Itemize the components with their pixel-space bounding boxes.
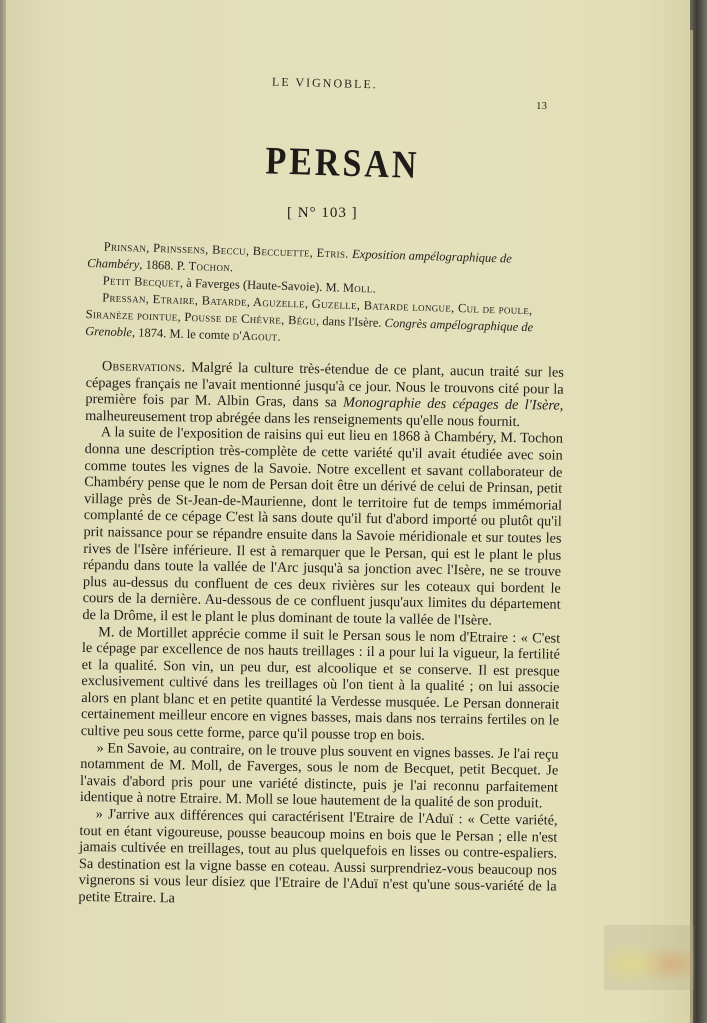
paragraph: M. de Mortillet apprécie comme il suit l…	[81, 623, 561, 746]
page-stack-edge	[690, 0, 707, 1023]
synonyms-block: Prinsan, Prinssens, Beccu, Beccuette, Et…	[85, 238, 566, 354]
synonym-location: , dans l'Isère.	[316, 314, 385, 330]
paragraph: » J'arrive aux différences qui caractéri…	[78, 806, 557, 912]
synonym-year: , 1874. M. le comte	[132, 325, 233, 342]
paragraph: » En Savoie, au contraire, on le trouve …	[80, 740, 559, 813]
section-label: Observations.	[102, 358, 186, 375]
synonym-author: Tochon.	[188, 259, 233, 274]
paragraph-observations: Observations. Malgré la culture très-éte…	[85, 358, 564, 431]
paragraph: A la suite de l'exposition de raisins qu…	[82, 424, 563, 630]
page-stain	[604, 925, 694, 990]
synonym-author: d'Agout.	[232, 328, 281, 343]
entry-number: [ N° 103 ]	[287, 205, 358, 222]
running-head: LE VIGNOBLE.	[272, 75, 378, 93]
page-number: 13	[536, 100, 547, 112]
synonym-year: , 1868. P.	[139, 258, 189, 273]
synonym-author: Moll.	[343, 281, 377, 296]
page-title: PERSAN	[265, 140, 420, 188]
body-text: Observations. Malgré la culture très-éte…	[78, 358, 564, 912]
synonym-names: Petit Becquet	[103, 273, 181, 289]
